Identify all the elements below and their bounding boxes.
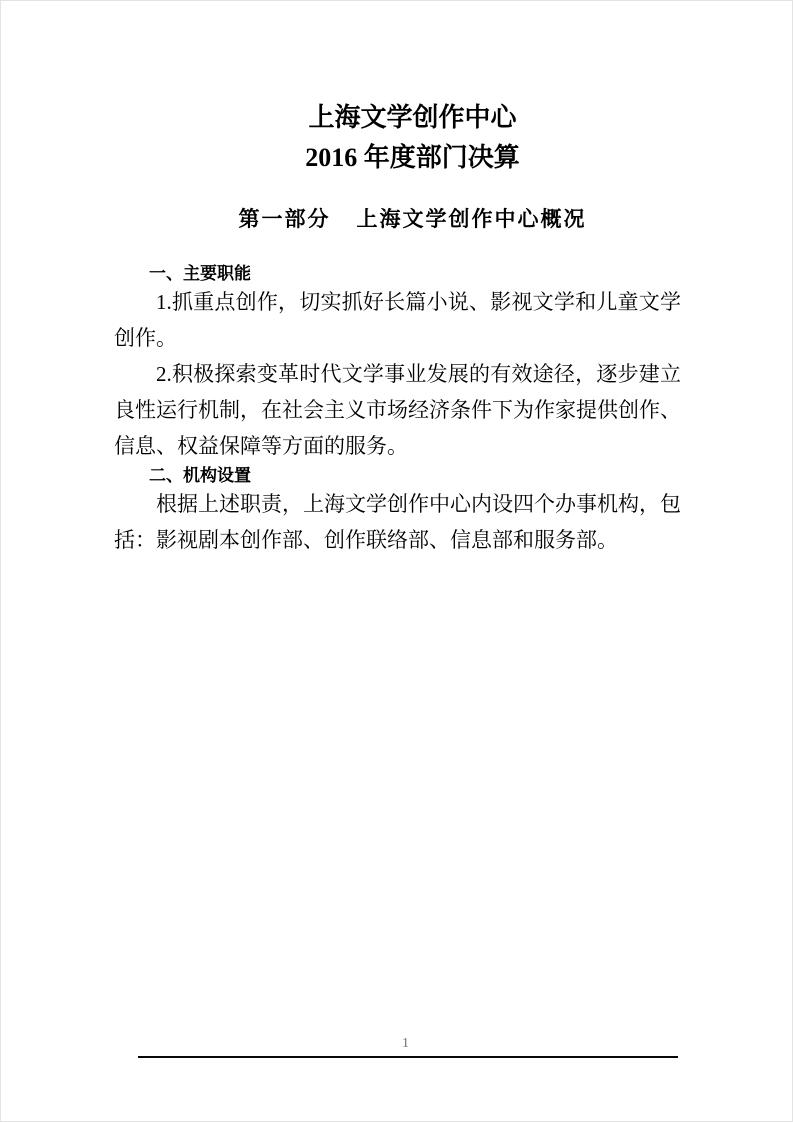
paragraph-function-2: 2.积极探索变革时代文学事业发展的有效途径，逐步建立良性运行机制，在社会主义市场… xyxy=(114,356,681,464)
section-heading-title: 上海文学创作中心概况 xyxy=(357,208,587,231)
footer-rule-line xyxy=(138,1056,678,1058)
document-title-line-2: 2016 年度部门决算 xyxy=(114,138,681,178)
document-content: 上海文学创作中心 2016 年度部门决算 第一部分上海文学创作中心概况 一、主要… xyxy=(114,1,681,558)
sub-heading-main-functions: 一、主要职能 xyxy=(114,264,681,284)
document-title-line-1: 上海文学创作中心 xyxy=(114,98,681,138)
paragraph-function-1: 1.抓重点创作，切实抓好长篇小说、影视文学和儿童文学创作。 xyxy=(114,284,681,356)
page-number: 1 xyxy=(1,1037,792,1051)
sub-heading-organization: 二、机构设置 xyxy=(114,466,681,486)
section-heading: 第一部分上海文学创作中心概况 xyxy=(114,204,681,236)
section-heading-label: 第一部分 xyxy=(239,208,331,231)
document-page: 上海文学创作中心 2016 年度部门决算 第一部分上海文学创作中心概况 一、主要… xyxy=(0,0,793,1122)
paragraph-organization: 根据上述职责，上海文学创作中心内设四个办事机构，包括：影视剧本创作部、创作联络部… xyxy=(114,486,681,558)
